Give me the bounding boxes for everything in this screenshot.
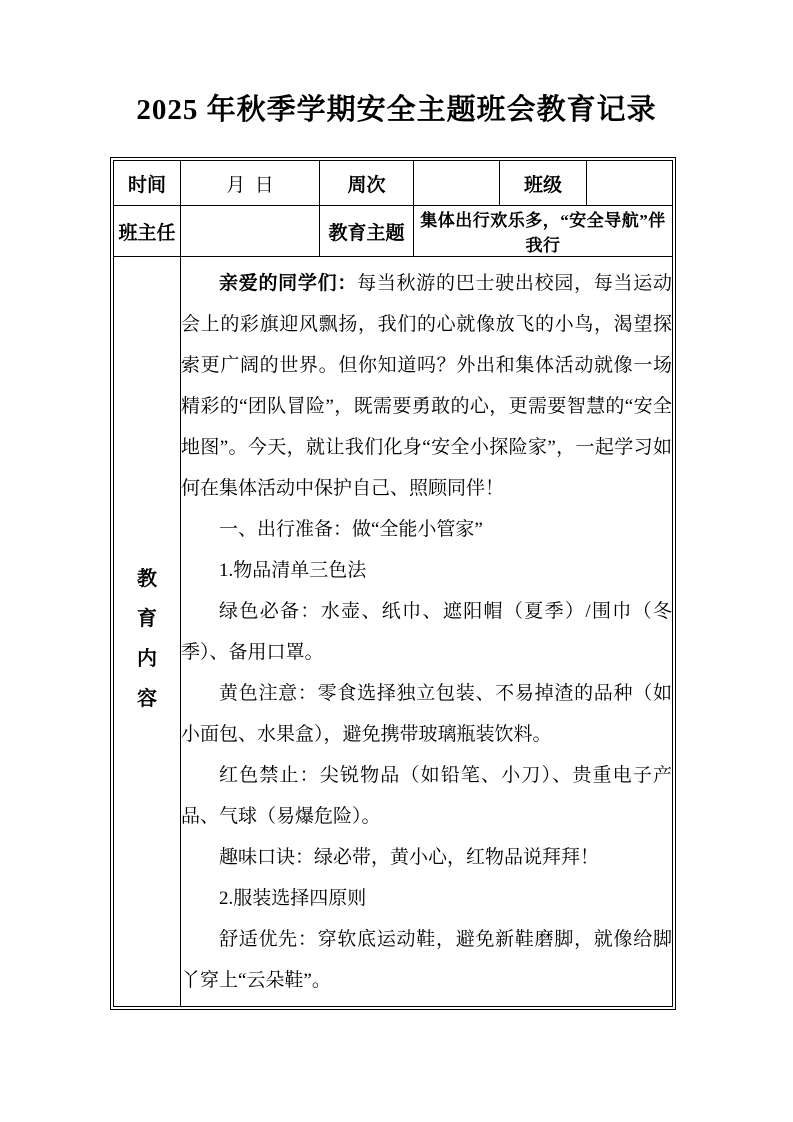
content-label-char: 教	[137, 569, 157, 590]
content-label-cell: 教 育 内 容	[114, 257, 181, 1006]
content-paragraph: 1.物品清单三色法	[181, 550, 672, 591]
content-paragraph: 红色禁止：尖锐物品（如铅笔、小刀）、贵重电子产品、气球（易爆危险）。	[181, 755, 672, 837]
content-intro-text: 每当秋游的巴士驶出校园，每当运动会上的彩旗迎风飘扬，我们的心就像放飞的小鸟，渴望…	[181, 273, 672, 499]
content-paragraph: 趣味口诀：绿必带，黄小心，红物品说拜拜！	[181, 837, 672, 878]
table-row: 班主任 教育主题 集体出行欢乐多，“安全导航”伴我行	[114, 206, 672, 257]
class-value-cell[interactable]	[587, 161, 672, 206]
record-table-frame: 时间 月 日 周次 班级 班主任 教育主题 集体出行欢乐多，“安全导航”伴我行 …	[110, 157, 676, 1010]
time-value-cell[interactable]: 月 日	[181, 161, 320, 206]
content-paragraph: 绿色必备：水壶、纸巾、遮阳帽（夏季）/围巾（冬季）、备用口罩。	[181, 591, 672, 673]
content-label-char: 育	[137, 609, 157, 630]
week-label-cell: 周次	[320, 161, 414, 206]
page-title: 2025 年秋季学期安全主题班会教育记录	[0, 90, 793, 130]
content-paragraph-intro: 亲爱的同学们：每当秋游的巴士驶出校园，每当运动会上的彩旗迎风飘扬，我们的心就像放…	[181, 263, 672, 509]
content-paragraph: 黄色注意：零食选择独立包装、不易掉渣的品种（如小面包、水果盒），避免携带玻璃瓶装…	[181, 673, 672, 755]
table-row: 时间 月 日 周次 班级	[114, 161, 672, 206]
content-cell: 亲爱的同学们：每当秋游的巴士驶出校园，每当运动会上的彩旗迎风飘扬，我们的心就像放…	[181, 257, 672, 1006]
content-paragraph: 一、出行准备：做“全能小管家”	[181, 509, 672, 550]
table-row: 教 育 内 容 亲爱的同学们：每当秋游的巴士驶出校园，每当运动会上的彩旗迎风飘扬…	[114, 257, 672, 1006]
theme-label-cell: 教育主题	[320, 206, 414, 257]
content-label-char: 容	[137, 689, 157, 710]
week-value-cell[interactable]	[414, 161, 500, 206]
teacher-label-cell: 班主任	[114, 206, 181, 257]
content-intro-lead: 亲爱的同学们：	[219, 273, 357, 294]
content-label-char: 内	[137, 649, 157, 670]
class-label-cell: 班级	[500, 161, 587, 206]
record-table: 时间 月 日 周次 班级 班主任 教育主题 集体出行欢乐多，“安全导航”伴我行 …	[114, 161, 672, 1006]
content-paragraph: 舒适优先：穿软底运动鞋，避免新鞋磨脚，就像给脚丫穿上“云朵鞋”。	[181, 919, 672, 1001]
content-vertical-label: 教 育 内 容	[114, 553, 180, 710]
teacher-value-cell[interactable]	[181, 206, 320, 257]
content-paragraph: 2.服装选择四原则	[181, 878, 672, 919]
time-label-cell: 时间	[114, 161, 181, 206]
theme-value-cell: 集体出行欢乐多，“安全导航”伴我行	[414, 206, 672, 257]
